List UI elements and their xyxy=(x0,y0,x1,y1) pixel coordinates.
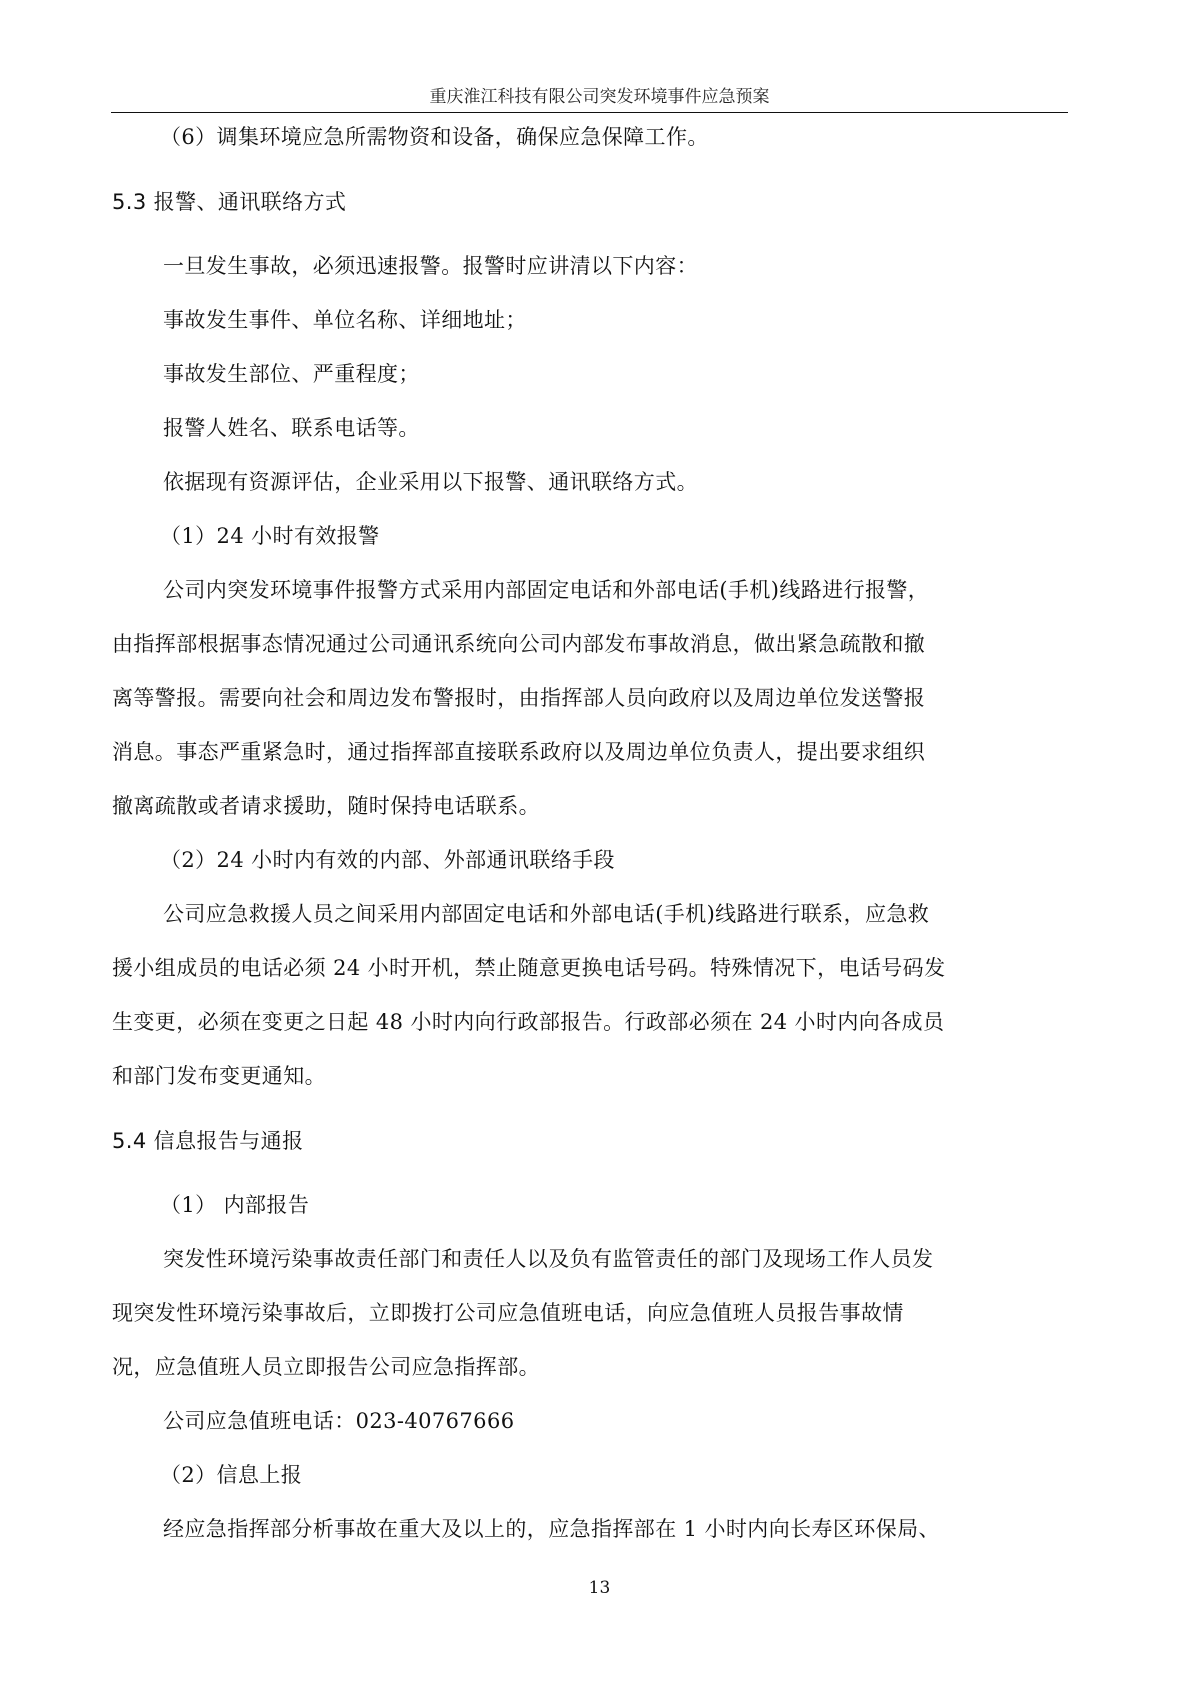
text-line: 由指挥部根据事态情况通过公司通讯系统向公司内部发布事故消息，做出紧急疏散和撤 xyxy=(112,628,925,658)
text-line: 撤离疏散或者请求援助，随时保持电话联系。 xyxy=(112,790,540,820)
text-line: （1） 内部报告 xyxy=(160,1189,309,1219)
text-line: （2）信息上报 xyxy=(160,1459,302,1489)
text-line: 公司应急救援人员之间采用内部固定电话和外部电话(手机)线路进行联系，应急救 xyxy=(163,898,929,928)
text-line: （1）24 小时有效报警 xyxy=(160,520,380,550)
text-line: 突发性环境污染事故责任部门和责任人以及负有监管责任的部门及现场工作人员发 xyxy=(163,1243,933,1273)
text-line: 生变更，必须在变更之日起 48 小时内向行政部报告。行政部必须在 24 小时内向… xyxy=(112,1006,944,1036)
text-line: 离等警报。需要向社会和周边发布警报时，由指挥部人员向政府以及周边单位发送警报 xyxy=(112,682,925,712)
page-number: 13 xyxy=(0,1578,1199,1598)
text-line: 援小组成员的电话必须 24 小时开机，禁止随意更换电话号码。特殊情况下，电话号码… xyxy=(112,952,945,982)
text-line: 况，应急值班人员立即报告公司应急指挥部。 xyxy=(112,1351,540,1381)
text-line: 现突发性环境污染事故后，立即拨打公司应急值班电话，向应急值班人员报告事故情 xyxy=(112,1297,904,1327)
section-heading: 5.3 报警、通讯联络方式 xyxy=(112,186,346,216)
text-line: （6）调集环境应急所需物资和设备，确保应急保障工作。 xyxy=(160,121,709,151)
section-heading: 5.4 信息报告与通报 xyxy=(112,1125,303,1155)
text-line: 一旦发生事故，必须迅速报警。报警时应讲清以下内容： xyxy=(163,250,698,280)
running-header: 重庆淮江科技有限公司突发环境事件应急预案 xyxy=(0,82,1199,107)
text-line: 依据现有资源评估，企业采用以下报警、通讯联络方式。 xyxy=(163,466,698,496)
text-line: 和部门发布变更通知。 xyxy=(112,1060,326,1090)
text-line: 公司应急值班电话：023-40767666 xyxy=(163,1405,514,1435)
text-line: 事故发生事件、单位名称、详细地址； xyxy=(163,304,527,334)
header-rule xyxy=(111,112,1068,113)
text-line: 消息。事态严重紧急时，通过指挥部直接联系政府以及周边单位负责人，提出要求组织 xyxy=(112,736,925,766)
text-line: 事故发生部位、严重程度； xyxy=(163,358,420,388)
text-line: 经应急指挥部分析事故在重大及以上的，应急指挥部在 1 小时内向长寿区环保局、 xyxy=(163,1513,940,1543)
text-line: （2）24 小时内有效的内部、外部通讯联络手段 xyxy=(160,844,615,874)
text-line: 报警人姓名、联系电话等。 xyxy=(163,412,420,442)
text-line: 公司内突发环境事件报警方式采用内部固定电话和外部电话(手机)线路进行报警， xyxy=(163,574,929,604)
